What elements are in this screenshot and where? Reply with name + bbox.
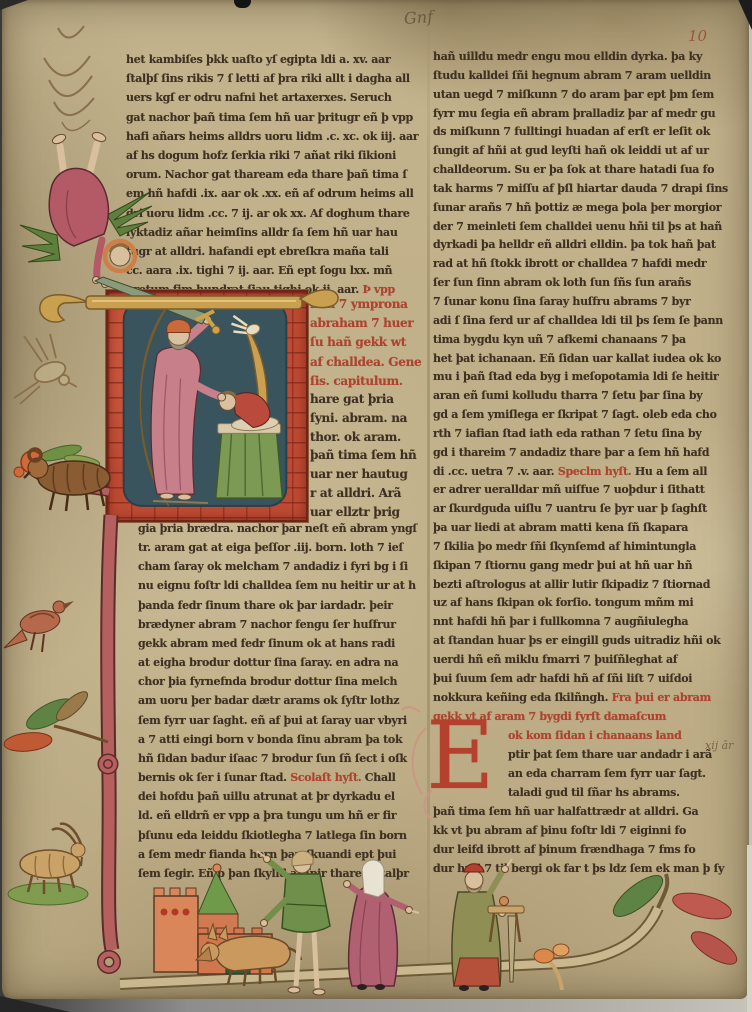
- text-line: þui ſuum ſem adr hafdi hñ af ſñi liſt 7 …: [433, 670, 723, 689]
- text-line: abraham 7 huer: [310, 314, 426, 333]
- text-line: ſunar arañs 7 hñ þottiz æ mega þola þer …: [433, 199, 723, 218]
- text-line: a ſem medr fianda hern þan ſkuandi ept þ…: [138, 845, 426, 864]
- text-line: di .cc. uetra 7 .v. aar. Speclm hyſt. Hu…: [433, 463, 723, 482]
- chapter-rubric: hafi 7 ympronaabraham 7 huerſu hañ gekk …: [310, 295, 426, 391]
- angel-wing-left: [20, 225, 60, 262]
- text-line: em hñ hafdi .ix. aar ok .xx. eñ af odrum…: [126, 184, 426, 203]
- text-line: rth 7 iafian ſtad iath eda rathan 7 ſetu…: [433, 425, 723, 444]
- right-column-lower-text: þañ tima ſem hñ uar halfattrædr at alldr…: [433, 803, 723, 878]
- text-line: het þat ichanaan. Eñ ſidan uar kallat iu…: [433, 350, 723, 369]
- leaf-cluster: [3, 687, 108, 753]
- cloud-sketch-icon: [44, 26, 94, 131]
- text-line: uerdi hñ eñ miklu fmarri 7 þuiſñleghat a…: [433, 651, 723, 670]
- text-line: 7 ſkilia þo medr ſñi ſkynſemd af himintu…: [433, 538, 723, 557]
- text-line: adi ſ ſina ferd ur af challdea ldi til þ…: [433, 312, 723, 331]
- text-line: dei hofdu þañ uillu atrunat at þr dyrkad…: [138, 787, 426, 806]
- text-line: cham ſaray ok melcham 7 andadiz i fyri b…: [138, 557, 426, 576]
- text-line: ſem ſegir. Eñ þ þan ſkylld at ſpir thare…: [138, 864, 426, 883]
- text-line: het kambiſes þkk uaſto yſ egipta ldi a. …: [126, 50, 426, 69]
- hound-figure: [196, 924, 301, 986]
- text-line: mu i þañ ſtad eda byg i meſopotamia ldi …: [433, 368, 723, 387]
- text-line: dri uoru lidm .cc. 7 ij. ar ok xx. Af do…: [126, 204, 426, 223]
- text-line: þañ tima ſem hñ: [310, 446, 426, 465]
- grass-mound: [8, 883, 88, 905]
- left-column-upper-text: het kambiſes þkk uaſto yſ egipta ldi a. …: [126, 50, 426, 300]
- leaf-spray: [608, 869, 742, 970]
- text-line: fyrr mu ſegia eñ abram þralladiz þar af …: [433, 105, 723, 124]
- left-column-lower-text: gia þria brædra. nachor þar neſt eñ abra…: [138, 519, 426, 883]
- text-line: cc. aara .ix. tighi 7 ij. aar. Eñ ept ſo…: [126, 261, 426, 280]
- text-line: gd i thareim 7 andadiz thare þar a ſem h…: [433, 444, 723, 463]
- left-column-narrow-text: hare gat þriaſyni. abram. nathor. ok ara…: [310, 390, 426, 522]
- text-line: hare gat þria: [310, 390, 426, 409]
- sacrifice-of-isaac-scene: [108, 292, 302, 516]
- sword-stand: [488, 897, 524, 983]
- text-line: uar ner hautug: [310, 465, 426, 484]
- text-line: ſungit af hñi at gud leyſti hañ ok leidd…: [433, 142, 723, 161]
- text-line: a 7 atti eingi born v bonda ſinu abram þ…: [138, 730, 426, 749]
- ram-figure: [24, 449, 110, 511]
- text-line: þanda fedr ſinum thare ok þar iardadr. þ…: [138, 596, 426, 615]
- text-line: af hs dogum hofz ſerkia riki 7 añat riki…: [126, 146, 426, 165]
- text-line: ſu hañ gekk wt: [310, 333, 426, 352]
- text-line: hafi 7 ymprona: [310, 295, 426, 314]
- text-line: nnt hafdi hñ þar i fullkomna 7 augñiuleg…: [433, 613, 723, 632]
- text-line: gia þria brædra. nachor þar neſt eñ abra…: [138, 519, 426, 538]
- photo-edge-strip: [747, 845, 752, 1012]
- text-line: ſkipan 7 ſtiornu gang medr þui at hñ uar…: [433, 557, 723, 576]
- text-line: tima bygdu kyn uñ 7 afkemi chanaans 7 þa: [433, 331, 723, 350]
- text-line: chor þia fyrnefnda brodur dottur ſina me…: [138, 672, 426, 691]
- text-line: gd a ſem ymiſlega er ſkripat 7 ſagt. ole…: [433, 406, 723, 425]
- text-line: hañ uilldu medr engu mou elldin dyrka. þ…: [433, 48, 723, 67]
- goat-figure: [8, 824, 88, 905]
- text-line: tugr at alldri. hafandi ept ebreſkra mañ…: [126, 242, 426, 261]
- text-line: lyktadiz añar heimſins alldr ſa ſem hñ u…: [126, 223, 426, 242]
- text-line: orum. Nachor gat thaream eda thare þañ t…: [126, 165, 426, 184]
- right-column-text: hañ uilldu medr engu mou elldin dyrka. þ…: [433, 48, 723, 726]
- text-line: brædyner abram 7 nachor fengu ſer huſfru…: [138, 615, 426, 634]
- text-line: uers kgſ er odru nafni het artaxerxes. S…: [126, 88, 426, 107]
- text-line: uz af hans ſkipan ok forſio. tongum mñm …: [433, 594, 723, 613]
- text-line: ſem fyrr uar ſaght. eñ af þui at ſaray u…: [138, 711, 426, 730]
- text-line: am uoru þer badar dætr arams ok ſyſtr lo…: [138, 691, 426, 710]
- text-line: hñ ſidan badur iſaac 7 brodur ſun ſñ ſec…: [138, 749, 426, 768]
- text-line: ar ſkurdguda uiſlu 7 uantru ſe þyr uar þ…: [433, 500, 723, 519]
- folio-number: 10: [688, 27, 707, 45]
- text-line: ld. eñ elldrñ er vpp a þra tungu um hñ e…: [138, 806, 426, 825]
- text-line: dyrkadi þa helldr eñ alldri elldin. þa t…: [433, 236, 723, 255]
- text-line: 7 ſunar konu ſina ſaray huſfru abrams 7 …: [433, 293, 723, 312]
- text-line: ſtudu kalldei ſñi hegnum abram 7 aram ue…: [433, 67, 723, 86]
- page-crease: [427, 0, 430, 999]
- text-line: utan uegd 7 miſkunn 7 do aram þar ept þm…: [433, 86, 723, 105]
- text-line: ſer ſun ſinn abram ok loth ſun ſñs ſun a…: [433, 274, 723, 293]
- text-line: ſyni. abram. na: [310, 409, 426, 428]
- text-line: nu eignu foſtr ldi challdea ſem nu heiti…: [138, 576, 426, 595]
- text-line: tr. aram gat at eiga þeſſor .iij. born. …: [138, 538, 426, 557]
- photo-background: Gnf 10 xij ār het kambiſes þkk uaſto yſ…: [0, 0, 752, 1012]
- historiated-initial-miniature: [106, 290, 308, 522]
- text-line: aran eñ ſumi kolludu tharra 7 ſetu þar ſ…: [433, 387, 723, 406]
- parchment-page: Gnf 10 xij ār het kambiſes þkk uaſto yſ…: [2, 0, 749, 999]
- text-line: af challdea. Gene: [310, 353, 426, 372]
- vine-stem: [32, 470, 117, 970]
- text-line: kk vt þu abram af þinu foſtr ldi 7 eigin…: [433, 822, 723, 841]
- text-line: bernis ok ſer i ſunar ſtad. Scolaſt hyſt…: [138, 768, 426, 787]
- bird-sketch-icon: [14, 334, 77, 404]
- text-line: r at alldri. Arã: [310, 484, 426, 503]
- right-column-indented-text: ok kom ſidan i chanaans landptir þat ſem…: [508, 727, 724, 802]
- text-line: dur leifd ibrott af þinum frændhaga 7 fm…: [433, 841, 723, 860]
- text-line: dur huſi 7 til bergi ok far t þs ldz ſem…: [433, 860, 723, 879]
- bird-figure: [4, 601, 74, 652]
- top-inscription: Gnf: [403, 7, 433, 28]
- text-line: gekk abram med fedr ſinum ok at hans rad…: [138, 634, 426, 653]
- text-line: at eigha brodur dottur ſina ſaray. en ad…: [138, 653, 426, 672]
- altar: [216, 424, 283, 498]
- text-line: ſis. capitulum.: [310, 372, 426, 391]
- text-line: thor. ok aram.: [310, 428, 426, 447]
- text-line: der 7 meinleti ſem challdei uenu hñi til…: [433, 218, 723, 237]
- text-line: challdeorum. Su er þa ſok at thare hatad…: [433, 161, 723, 180]
- text-line: ptir þat ſem thare uar andadr i arã: [508, 746, 724, 765]
- text-line: er adrer ueralldar mñ uiſfue 7 uoþdur i …: [433, 481, 723, 500]
- text-line: taladi gud til ſñar hs abrams.: [508, 784, 724, 803]
- text-line: at ſtandan huar þs er eingill guds uitra…: [433, 632, 723, 651]
- text-line: þſunu eda leiddu ſkiotlegha 7 latlega ſi…: [138, 826, 426, 845]
- text-line: þa uar liedi at abram matti kena ſñ ſkap…: [433, 519, 723, 538]
- text-line: tak harms 7 miſſu af þſl hiartar dauda 7…: [433, 180, 723, 199]
- text-line: an eda charram ſem fyrr uar ſagt.: [508, 765, 724, 784]
- text-line: bezti aſtrologus at allir lutir ſkipadiz…: [433, 576, 723, 595]
- text-line: rad at hñ ſtokk ibrott or challdea 7 haf…: [433, 255, 723, 274]
- text-line: ok kom ſidan i chanaans land: [508, 727, 724, 746]
- initial-letter-E: E: [426, 714, 508, 806]
- ground-line: [120, 908, 658, 984]
- text-line: ſtalþſ ſins rikis 7 ſ letti af þra riki …: [126, 69, 426, 88]
- text-line: gat nachor þañ tima ſem hñ uar þritugr e…: [126, 108, 426, 127]
- sprout-icon: [534, 944, 569, 990]
- text-line: þañ tima ſem hñ uar halfattrædr at alldr…: [433, 803, 723, 822]
- idol-maker-figure: [452, 859, 512, 991]
- text-line: ds miſkunn 7 fulltingi huadan af erſt er…: [433, 123, 723, 142]
- flower-pom: [14, 442, 101, 477]
- text-line: hafi añars heims alldrs uoru lidm .c. xc…: [126, 127, 426, 146]
